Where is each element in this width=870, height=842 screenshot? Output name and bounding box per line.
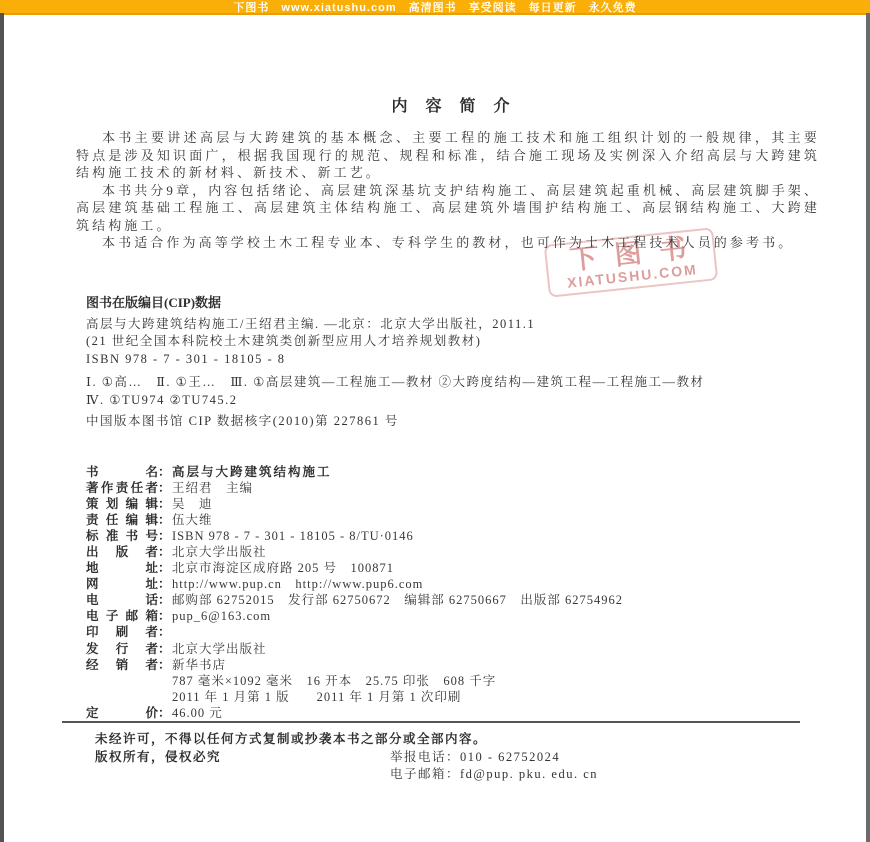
pub-row-edition: 2011 年 1 月第 1 版 2011 年 1 月第 1 次印刷	[86, 689, 822, 705]
cip-bibliographic-lines: 高层与大跨建筑结构施工/王绍君主编. —北京：北京大学出版社，2011.1 (2…	[86, 316, 822, 369]
pub-row-responsible-editor: 责任编辑：伍大维	[86, 512, 822, 528]
field-value: http://www.pup.cn http://www.pup6.com	[172, 577, 423, 591]
rights-statement: 版权所有，侵权必究	[95, 749, 390, 767]
pub-row-author: 著作责任者：王绍君 主编	[86, 480, 822, 496]
field-colon: ：	[158, 528, 172, 544]
field-label: 书名	[86, 464, 158, 480]
field-label: 地址	[86, 560, 158, 576]
field-value: 2011 年 1 月第 1 版 2011 年 1 月第 1 次印刷	[172, 690, 461, 704]
report-phone: 举报电话：010 - 62752024	[390, 749, 560, 767]
field-value: 46.00 元	[172, 706, 223, 720]
pub-row-website: 网址：http://www.pup.cn http://www.pup6.com	[86, 576, 822, 592]
field-label: 经销者	[86, 657, 158, 673]
field-colon: ：	[158, 544, 172, 560]
pub-row-planning-editor: 策划编辑：吴 迪	[86, 496, 822, 512]
field-colon: ：	[158, 560, 172, 576]
field-value: 吴 迪	[172, 497, 213, 511]
pub-row-email: 电子邮箱：pup_6@163.com	[86, 608, 822, 624]
field-colon: ：	[158, 576, 172, 592]
field-label: 定价	[86, 705, 158, 721]
cip-classification-line-2: Ⅳ. ①TU974 ②TU745.2	[86, 392, 822, 410]
field-colon: ：	[158, 512, 172, 528]
pub-row-book-title: 书名：高层与大跨建筑结构施工	[86, 464, 822, 480]
cip-isbn-line: ISBN 978 - 7 - 301 - 18105 - 8	[86, 351, 822, 369]
field-value: 北京市海淀区成府路 205 号 100871	[172, 561, 394, 575]
pub-row-phone: 电话：邮购部 62752015 发行部 62750672 编辑部 6275066…	[86, 592, 822, 608]
cip-title-line: 高层与大跨建筑结构施工/王绍君主编. —北京：北京大学出版社，2011.1	[86, 316, 822, 334]
pub-row-address: 地址：北京市海淀区成府路 205 号 100871	[86, 560, 822, 576]
pub-row-price: 定价：46.00 元	[86, 705, 822, 721]
page-title: 内 容 简 介	[86, 97, 822, 117]
copyright-notice: 未经许可，不得以任何方式复制或抄袭本书之部分或全部内容。 版权所有，侵权必究 举…	[95, 731, 822, 784]
report-email: 电子邮箱：fd@pup. pku. edu. cn	[390, 766, 598, 784]
pub-row-publisher: 出版者：北京大学出版社	[86, 544, 822, 560]
field-label: 发行者	[86, 641, 158, 657]
field-colon: ：	[158, 657, 172, 673]
summary-paragraph-3: 本书适合作为高等学校土木工程专业本、专科学生的教材，也可作为土木工程技术人员的参…	[76, 234, 820, 252]
summary-paragraph-1: 本书主要讲述高层与大跨建筑的基本概念、主要工程的施工技术和施工组织计划的一般规律…	[76, 129, 820, 182]
scanned-copyright-page: 下图书 www.xiatushu.com 高清图书 享受阅读 每日更新 永久免费…	[0, 0, 870, 842]
field-value: 787 毫米×1092 毫米 16 开本 25.75 印张 608 千字	[172, 674, 496, 688]
page-content: 内 容 简 介 本书主要讲述高层与大跨建筑的基本概念、主要工程的施工技术和施工组…	[0, 0, 870, 784]
field-value: pup_6@163.com	[172, 609, 271, 623]
field-label: 网址	[86, 576, 158, 592]
field-value: 邮购部 62752015 发行部 62750672 编辑部 62750667 出…	[172, 593, 623, 607]
cip-record-number: 中国版本图书馆 CIP 数据核字(2010)第 227861 号	[86, 413, 822, 431]
field-label: 责任编辑	[86, 512, 158, 528]
field-label: 标准书号	[86, 528, 158, 544]
rights-row: 版权所有，侵权必究 举报电话：010 - 62752024	[95, 749, 822, 767]
pub-row-printer: 印刷者：	[86, 624, 822, 640]
field-value: ISBN 978 - 7 - 301 - 18105 - 8/TU·0146	[172, 529, 414, 543]
field-value: 新华书店	[172, 658, 226, 672]
field-colon: ：	[158, 464, 172, 480]
no-copy-statement: 未经许可，不得以任何方式复制或抄袭本书之部分或全部内容。	[95, 731, 822, 749]
spacer	[95, 766, 390, 784]
cip-data-block: 图书在版编目(CIP)数据 高层与大跨建筑结构施工/王绍君主编. —北京：北京大…	[86, 294, 822, 431]
content-summary: 本书主要讲述高层与大跨建筑的基本概念、主要工程的施工技术和施工组织计划的一般规律…	[76, 129, 820, 252]
field-colon: ：	[158, 592, 172, 608]
field-label: 电话	[86, 592, 158, 608]
cip-heading: 图书在版编目(CIP)数据	[86, 294, 822, 311]
field-value: 北京大学出版社	[172, 545, 267, 559]
field-label: 出版者	[86, 544, 158, 560]
report-email-row: 电子邮箱：fd@pup. pku. edu. cn	[95, 766, 822, 784]
cip-series-line: (21 世纪全国本科院校土木建筑类创新型应用人才培养规划教材)	[86, 333, 822, 351]
divider-line	[62, 721, 800, 723]
field-label: 策划编辑	[86, 496, 158, 512]
field-value: 伍大维	[172, 513, 213, 527]
field-colon: ：	[158, 624, 172, 640]
field-colon: ：	[158, 608, 172, 624]
field-label: 印刷者	[86, 624, 158, 640]
field-value: 王绍君 主编	[172, 481, 253, 495]
field-value: 高层与大跨建筑结构施工	[172, 465, 332, 479]
field-label: 电子邮箱	[86, 608, 158, 624]
field-value: 北京大学出版社	[172, 642, 267, 656]
summary-paragraph-2: 本书共分9章，内容包括绪论、高层建筑深基坑支护结构施工、高层建筑起重机械、高层建…	[76, 182, 820, 235]
pub-row-isbn: 标准书号：ISBN 978 - 7 - 301 - 18105 - 8/TU·0…	[86, 528, 822, 544]
field-label: 著作责任者	[86, 480, 158, 496]
pub-row-distributor: 发行者：北京大学出版社	[86, 641, 822, 657]
field-colon: ：	[158, 480, 172, 496]
field-colon: ：	[158, 496, 172, 512]
publication-info-list: 书名：高层与大跨建筑结构施工 著作责任者：王绍君 主编 策划编辑：吴 迪 责任编…	[86, 464, 822, 722]
pub-row-seller: 经销者：新华书店	[86, 657, 822, 673]
pub-row-format: 787 毫米×1092 毫米 16 开本 25.75 印张 608 千字	[86, 673, 822, 689]
field-colon: ：	[158, 705, 172, 721]
cip-classification-line-1: Ⅰ. ①高… Ⅱ. ①王… Ⅲ. ①高层建筑—工程施工—教材 ②大跨度结构—建筑…	[86, 374, 822, 392]
field-colon: ：	[158, 641, 172, 657]
